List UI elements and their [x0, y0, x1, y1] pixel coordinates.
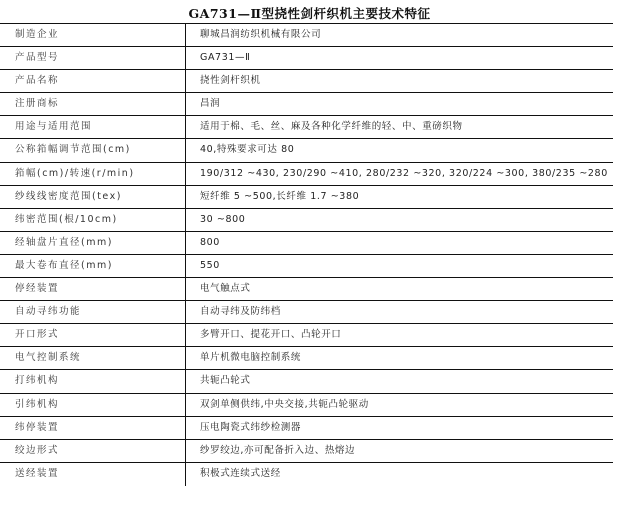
row-label: 产品型号 — [0, 47, 186, 69]
row-label: 打纬机构 — [0, 370, 186, 392]
row-label: 注册商标 — [0, 93, 186, 115]
table-row: 注册商标昌润 — [0, 93, 613, 116]
row-value: 190/312 ~430, 230/290 ~410, 280/232 ~320… — [186, 163, 613, 185]
row-value: 自动寻纬及防纬档 — [186, 301, 613, 323]
row-value: 共轭凸轮式 — [186, 370, 613, 392]
table-row: 最大卷布直径(mm)550 — [0, 255, 613, 278]
table-row: 送经装置积极式连续式送经 — [0, 463, 613, 486]
row-label: 停经装置 — [0, 278, 186, 300]
table-row: 电气控制系统单片机微电脑控制系统 — [0, 347, 613, 370]
table-title: GA731—Ⅱ型挠性剑杆织机主要技术特征 — [0, 4, 619, 22]
row-label: 送经装置 — [0, 463, 186, 486]
table-row: 开口形式多臂开口、提花开口、凸轮开口 — [0, 324, 613, 347]
row-value: 30 ~800 — [186, 209, 613, 231]
row-value: 聊城昌润纺织机械有限公司 — [186, 24, 613, 46]
table-row: 引纬机构双剑单侧供纬,中央交接,共轭凸轮驱动 — [0, 394, 613, 417]
table-row: 产品名称挠性剑杆织机 — [0, 70, 613, 93]
row-value: 压电陶瓷式纬纱检测器 — [186, 417, 613, 439]
row-label: 自动寻纬功能 — [0, 301, 186, 323]
table-row: 纱线线密度范围(tex)短纤维 5 ~500,长纤维 1.7 ~380 — [0, 186, 613, 209]
row-label: 引纬机构 — [0, 394, 186, 416]
row-label: 制造企业 — [0, 24, 186, 46]
row-label: 经轴盘片直径(mm) — [0, 232, 186, 254]
row-label: 公称筘幅调节范围(cm) — [0, 139, 186, 161]
row-value: 纱罗绞边,亦可配备折入边、热熔边 — [186, 440, 613, 462]
table-row: 用途与适用范围适用于棉、毛、丝、麻及各种化学纤维的轻、中、重磅织物 — [0, 116, 613, 139]
table-row: 制造企业聊城昌润纺织机械有限公司 — [0, 24, 613, 47]
row-value: 800 — [186, 232, 613, 254]
row-value: 550 — [186, 255, 613, 277]
row-label: 纬停装置 — [0, 417, 186, 439]
row-value: 双剑单侧供纬,中央交接,共轭凸轮驱动 — [186, 394, 613, 416]
row-value: 单片机微电脑控制系统 — [186, 347, 613, 369]
row-value: 挠性剑杆织机 — [186, 70, 613, 92]
row-label: 电气控制系统 — [0, 347, 186, 369]
row-label: 开口形式 — [0, 324, 186, 346]
row-value: 短纤维 5 ~500,长纤维 1.7 ~380 — [186, 186, 613, 208]
table-row: 自动寻纬功能自动寻纬及防纬档 — [0, 301, 613, 324]
spec-table: 制造企业聊城昌润纺织机械有限公司 产品型号GA731—Ⅱ 产品名称挠性剑杆织机 … — [0, 23, 613, 486]
row-label: 筘幅(cm)/转速(r/min) — [0, 163, 186, 185]
row-label: 绞边形式 — [0, 440, 186, 462]
row-value: 适用于棉、毛、丝、麻及各种化学纤维的轻、中、重磅织物 — [186, 116, 613, 138]
row-value: 昌润 — [186, 93, 613, 115]
table-row: 停经装置电气触点式 — [0, 278, 613, 301]
table-row: 纬停装置压电陶瓷式纬纱检测器 — [0, 417, 613, 440]
table-row: 筘幅(cm)/转速(r/min)190/312 ~430, 230/290 ~4… — [0, 163, 613, 186]
row-value: 积极式连续式送经 — [186, 463, 613, 486]
table-row: 公称筘幅调节范围(cm)40,特殊要求可达 80 — [0, 139, 613, 162]
row-label: 最大卷布直径(mm) — [0, 255, 186, 277]
table-row: 绞边形式纱罗绞边,亦可配备折入边、热熔边 — [0, 440, 613, 463]
row-label: 纬密范围(根/10cm) — [0, 209, 186, 231]
row-value: 多臂开口、提花开口、凸轮开口 — [186, 324, 613, 346]
row-value: GA731—Ⅱ — [186, 47, 613, 69]
row-label: 产品名称 — [0, 70, 186, 92]
row-value: 电气触点式 — [186, 278, 613, 300]
table-row: 打纬机构共轭凸轮式 — [0, 370, 613, 393]
row-value: 40,特殊要求可达 80 — [186, 139, 613, 161]
table-row: 纬密范围(根/10cm)30 ~800 — [0, 209, 613, 232]
row-label: 用途与适用范围 — [0, 116, 186, 138]
table-row: 经轴盘片直径(mm)800 — [0, 232, 613, 255]
row-label: 纱线线密度范围(tex) — [0, 186, 186, 208]
table-row: 产品型号GA731—Ⅱ — [0, 47, 613, 70]
